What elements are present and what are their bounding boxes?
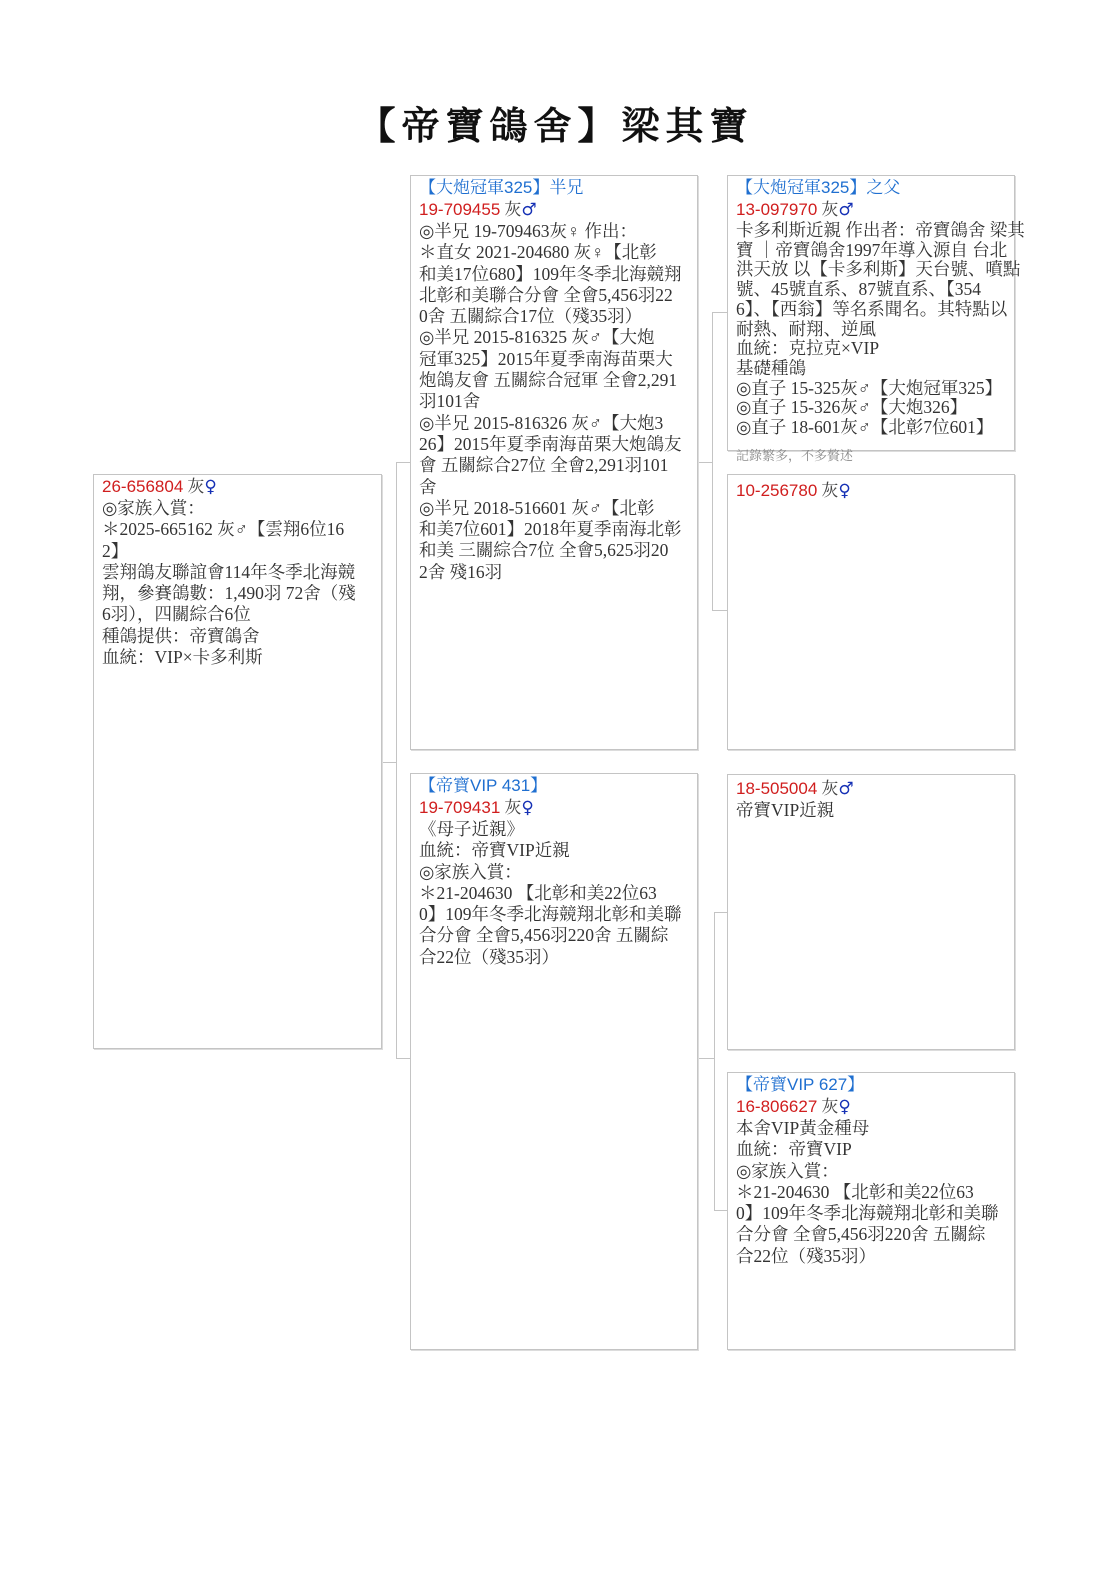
description-line: 雲翔鴿友聯誼會114年冬季北海競 bbox=[102, 562, 381, 583]
description-line: 本舍VIP黃金種母 bbox=[736, 1118, 1014, 1139]
description-line: 6】、【西翁】等名系聞名。其特點以 bbox=[736, 300, 1014, 320]
description-line: 基礎種鴿 bbox=[736, 359, 1014, 379]
description-line: 卡多利斯近親 作出者：帝寶鴿舍 梁其 bbox=[736, 221, 1014, 241]
description-line: ＊2025-665162 灰♂【雲翔6位16 bbox=[102, 519, 381, 540]
ring-line: 10-256780灰♀ bbox=[736, 480, 1014, 502]
description-line: 《母子近親》 bbox=[419, 819, 697, 840]
description-line: 2】 bbox=[102, 541, 381, 562]
female-icon: ♀ bbox=[838, 481, 850, 501]
sire-card: 【大炮冠軍325】半兄 19-709455灰♂ ◎半兄 19-709463灰♀ … bbox=[410, 175, 698, 750]
ring-number: 13-097970 bbox=[736, 200, 817, 219]
dam-dam-header: 【帝寶VIP 627】 bbox=[736, 1074, 1014, 1096]
dam-sire-card: 18-505004灰♂ 帝寶VIP近親 bbox=[727, 774, 1015, 1050]
sire-sire-header: 【大炮冠軍325】之父 bbox=[736, 177, 1014, 199]
description-line: 合分會 全會5,456羽220舍 五關綜 bbox=[736, 1224, 1014, 1245]
dam-header: 【帝寶VIP 431】 bbox=[419, 775, 697, 797]
description-line: ＊21-204630 【北彰和美22位63 bbox=[419, 883, 697, 904]
sire-header: 【大炮冠軍325】半兄 bbox=[419, 177, 697, 199]
ring-line: 16-806627灰♀ bbox=[736, 1096, 1014, 1118]
ring-line: 13-097970灰♂ bbox=[736, 199, 1014, 221]
feather-color: 灰 bbox=[821, 779, 838, 798]
description-line: 0】109年冬季北海競翔北彰和美聯 bbox=[419, 904, 697, 925]
description-line: 號、45號直系、87號直系、【354 bbox=[736, 280, 1014, 300]
description-line: 合22位（殘35羽） bbox=[736, 1246, 1014, 1267]
ring-line: 19-709431灰♀ bbox=[419, 797, 697, 819]
connector-line bbox=[396, 1058, 410, 1059]
description-line: 血統：帝寶VIP近親 bbox=[419, 840, 697, 861]
description-line: ◎半兄 2015-816325 灰♂【大炮 bbox=[419, 327, 697, 348]
description-lines: 卡多利斯近親 作出者：帝寶鴿舍 梁其寶 ｜帝寶鴿舍1997年導入源自 台北洪天放… bbox=[736, 221, 1014, 438]
subject-pigeon-card: 26-656804灰♀ ◎家族入賞：＊2025-665162 灰♂【雲翔6位16… bbox=[93, 474, 382, 1049]
description-line: 血統：克拉克×VIP bbox=[736, 339, 1014, 359]
description-lines: 《母子近親》血統：帝寶VIP近親◎家族入賞：＊21-204630 【北彰和美22… bbox=[419, 819, 697, 968]
description-line: ◎家族入賞： bbox=[736, 1161, 1014, 1182]
ring-number: 16-806627 bbox=[736, 1097, 817, 1116]
female-icon: ♀ bbox=[521, 798, 533, 818]
description-line: 0舍 五關綜合17位（殘35羽） bbox=[419, 306, 697, 327]
connector-line bbox=[396, 462, 410, 463]
connector-line bbox=[714, 912, 715, 1211]
description-line: 會 五關綜合27位 全會2,291羽101 bbox=[419, 455, 697, 476]
connector-line bbox=[714, 912, 727, 913]
dam-dam-card: 【帝寶VIP 627】 16-806627灰♀ 本舍VIP黃金種母血統：帝寶VI… bbox=[727, 1072, 1015, 1350]
ring-number: 19-709431 bbox=[419, 798, 500, 817]
description-line: 耐熱、耐翔、逆風 bbox=[736, 320, 1014, 340]
feather-color: 灰 bbox=[504, 798, 521, 817]
sire-sire-card: 【大炮冠軍325】之父 13-097970灰♂ 卡多利斯近親 作出者：帝寶鴿舍 … bbox=[727, 175, 1015, 451]
description-line: ◎直子 15-326灰♂【大炮326】 bbox=[736, 398, 1014, 418]
connector-line bbox=[714, 1210, 727, 1211]
description-line: 種鴿提供：帝寶鴿舍 bbox=[102, 626, 381, 647]
description-line: ＊21-204630 【北彰和美22位63 bbox=[736, 1182, 1014, 1203]
description-line: 0】109年冬季北海競翔北彰和美聯 bbox=[736, 1203, 1014, 1224]
description-line: ◎半兄 2015-816326 灰♂【大炮3 bbox=[419, 413, 697, 434]
description-line: 舍 bbox=[419, 477, 697, 498]
description-line: 和美17位680】109年冬季北海競翔 bbox=[419, 264, 697, 285]
description-line: 6羽），四關綜合6位 bbox=[102, 604, 381, 625]
description-line: 北彰和美聯合分會 全會5,456羽22 bbox=[419, 285, 697, 306]
feather-color: 灰 bbox=[821, 200, 838, 219]
ring-number: 10-256780 bbox=[736, 481, 817, 500]
description-line: ◎家族入賞： bbox=[102, 498, 381, 519]
male-icon: ♂ bbox=[521, 200, 536, 220]
description-line: 合22位（殘35羽） bbox=[419, 947, 697, 968]
description-lines: ◎半兄 19-709463灰♀ 作出：＊直女 2021-204680 灰♀【北彰… bbox=[419, 221, 697, 583]
description-line: 羽101舍 bbox=[419, 391, 697, 412]
description-line: 翔，參賽鴿數：1,490羽 72舍（殘 bbox=[102, 583, 381, 604]
feather-color: 灰 bbox=[821, 1097, 838, 1116]
description-line: 冠軍325】2015年夏季南海苗栗大 bbox=[419, 349, 697, 370]
description-line: 血統：帝寶VIP bbox=[736, 1139, 1014, 1160]
connector-line bbox=[697, 1058, 714, 1059]
overflow-note: 記錄繁多，不多贅述 bbox=[736, 447, 853, 465]
page-title: 【帝寶鴿舍】梁其寶 bbox=[0, 98, 1111, 154]
connector-line bbox=[381, 762, 396, 763]
description-line: 2舍 殘16羽 bbox=[419, 562, 697, 583]
ring-number: 19-709455 bbox=[419, 200, 500, 219]
description-lines: 帝寶VIP近親 bbox=[736, 800, 1014, 821]
description-line: 寶 ｜帝寶鴿舍1997年導入源自 台北 bbox=[736, 241, 1014, 261]
male-icon: ♂ bbox=[838, 200, 853, 220]
description-line: 26】2015年夏季南海苗栗大炮鴿友 bbox=[419, 434, 697, 455]
sire-dam-card: 10-256780灰♀ bbox=[727, 474, 1015, 750]
ring-number: 26-656804 bbox=[102, 477, 183, 496]
dam-card: 【帝寶VIP 431】 19-709431灰♀ 《母子近親》血統：帝寶VIP近親… bbox=[410, 773, 698, 1350]
description-line: 帝寶VIP近親 bbox=[736, 800, 1014, 821]
connector-line bbox=[712, 312, 727, 313]
description-lines: ◎家族入賞：＊2025-665162 灰♂【雲翔6位162】雲翔鴿友聯誼會114… bbox=[102, 498, 381, 668]
description-line: 和美7位601】2018年夏季南海北彰 bbox=[419, 519, 697, 540]
description-line: 血統：VIP×卡多利斯 bbox=[102, 647, 381, 668]
description-line: 合分會 全會5,456羽220舍 五關綜 bbox=[419, 925, 697, 946]
ring-line: 18-505004灰♂ bbox=[736, 778, 1014, 800]
connector-line bbox=[712, 312, 713, 611]
description-line: ＊直女 2021-204680 灰♀【北彰 bbox=[419, 242, 697, 263]
feather-color: 灰 bbox=[187, 477, 204, 496]
description-line: ◎家族入賞： bbox=[419, 862, 697, 883]
male-icon: ♂ bbox=[838, 779, 853, 799]
description-lines: 本舍VIP黃金種母血統：帝寶VIP◎家族入賞：＊21-204630 【北彰和美2… bbox=[736, 1118, 1014, 1267]
female-icon: ♀ bbox=[204, 477, 216, 497]
female-icon: ♀ bbox=[838, 1097, 850, 1117]
description-line: ◎半兄 19-709463灰♀ 作出： bbox=[419, 221, 697, 242]
description-line: 洪天放 以【卡多利斯】天台號、噴點 bbox=[736, 260, 1014, 280]
description-line: ◎直子 15-325灰♂【大炮冠軍325】 bbox=[736, 379, 1014, 399]
feather-color: 灰 bbox=[821, 481, 838, 500]
description-line: ◎直子 18-601灰♂【北彰7位601】 bbox=[736, 418, 1014, 438]
connector-line bbox=[712, 610, 727, 611]
ring-number: 18-505004 bbox=[736, 779, 817, 798]
ring-line: 26-656804灰♀ bbox=[102, 476, 381, 498]
description-line: 炮鴿友會 五關綜合冠軍 全會2,291 bbox=[419, 370, 697, 391]
description-line: 和美 三關綜合7位 全會5,625羽20 bbox=[419, 540, 697, 561]
connector-line bbox=[697, 462, 712, 463]
description-line: ◎半兄 2018-516601 灰♂【北彰 bbox=[419, 498, 697, 519]
ring-line: 19-709455灰♂ bbox=[419, 199, 697, 221]
feather-color: 灰 bbox=[504, 200, 521, 219]
connector-line bbox=[396, 462, 397, 1059]
